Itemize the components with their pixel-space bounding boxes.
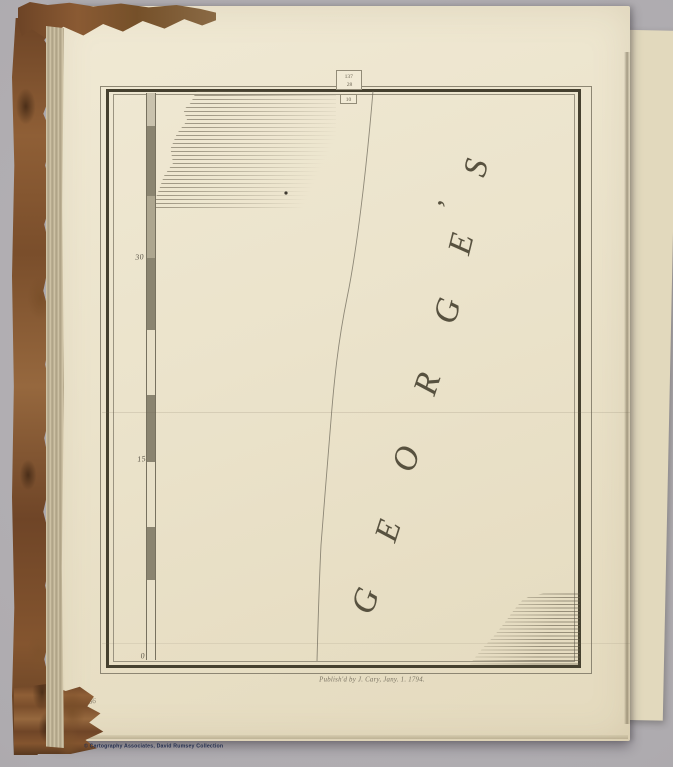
publisher-imprint: Publish'd by J. Cary, Jany. 1. 1794. <box>315 676 429 683</box>
page-bottom-edge <box>56 735 628 739</box>
page-fold-crease <box>624 52 631 724</box>
plate-ref-bottom-number: 10 <box>346 96 351 102</box>
paper-crease <box>102 412 630 413</box>
latitude-scale-bar <box>146 93 156 660</box>
scale-bar-segment <box>147 196 155 258</box>
plate-ref-top-number: 137 <box>345 74 353 79</box>
scanned-atlas-plate: 30150 GEORGE’S 137 28 10 Publish'd by J.… <box>0 0 673 767</box>
scale-bar-segment <box>147 93 155 126</box>
plate-reference-box: 137 28 <box>336 70 362 90</box>
page-block-edges <box>46 26 64 748</box>
scale-bar-segment <box>147 462 155 527</box>
scale-bar-segment <box>147 258 155 330</box>
scale-bar-segment <box>147 580 155 660</box>
plate-ref-middle-number: 28 <box>346 82 352 87</box>
paper-crease <box>102 643 630 644</box>
scale-bar-segment <box>147 126 155 196</box>
scale-bar-segment <box>147 330 155 395</box>
scale-bar-segment <box>147 395 155 462</box>
scale-bar-segment <box>147 527 155 580</box>
collection-watermark: © Cartography Associates, David Rumsey C… <box>84 743 223 749</box>
plate-reference-box-lower: 10 <box>340 94 357 104</box>
